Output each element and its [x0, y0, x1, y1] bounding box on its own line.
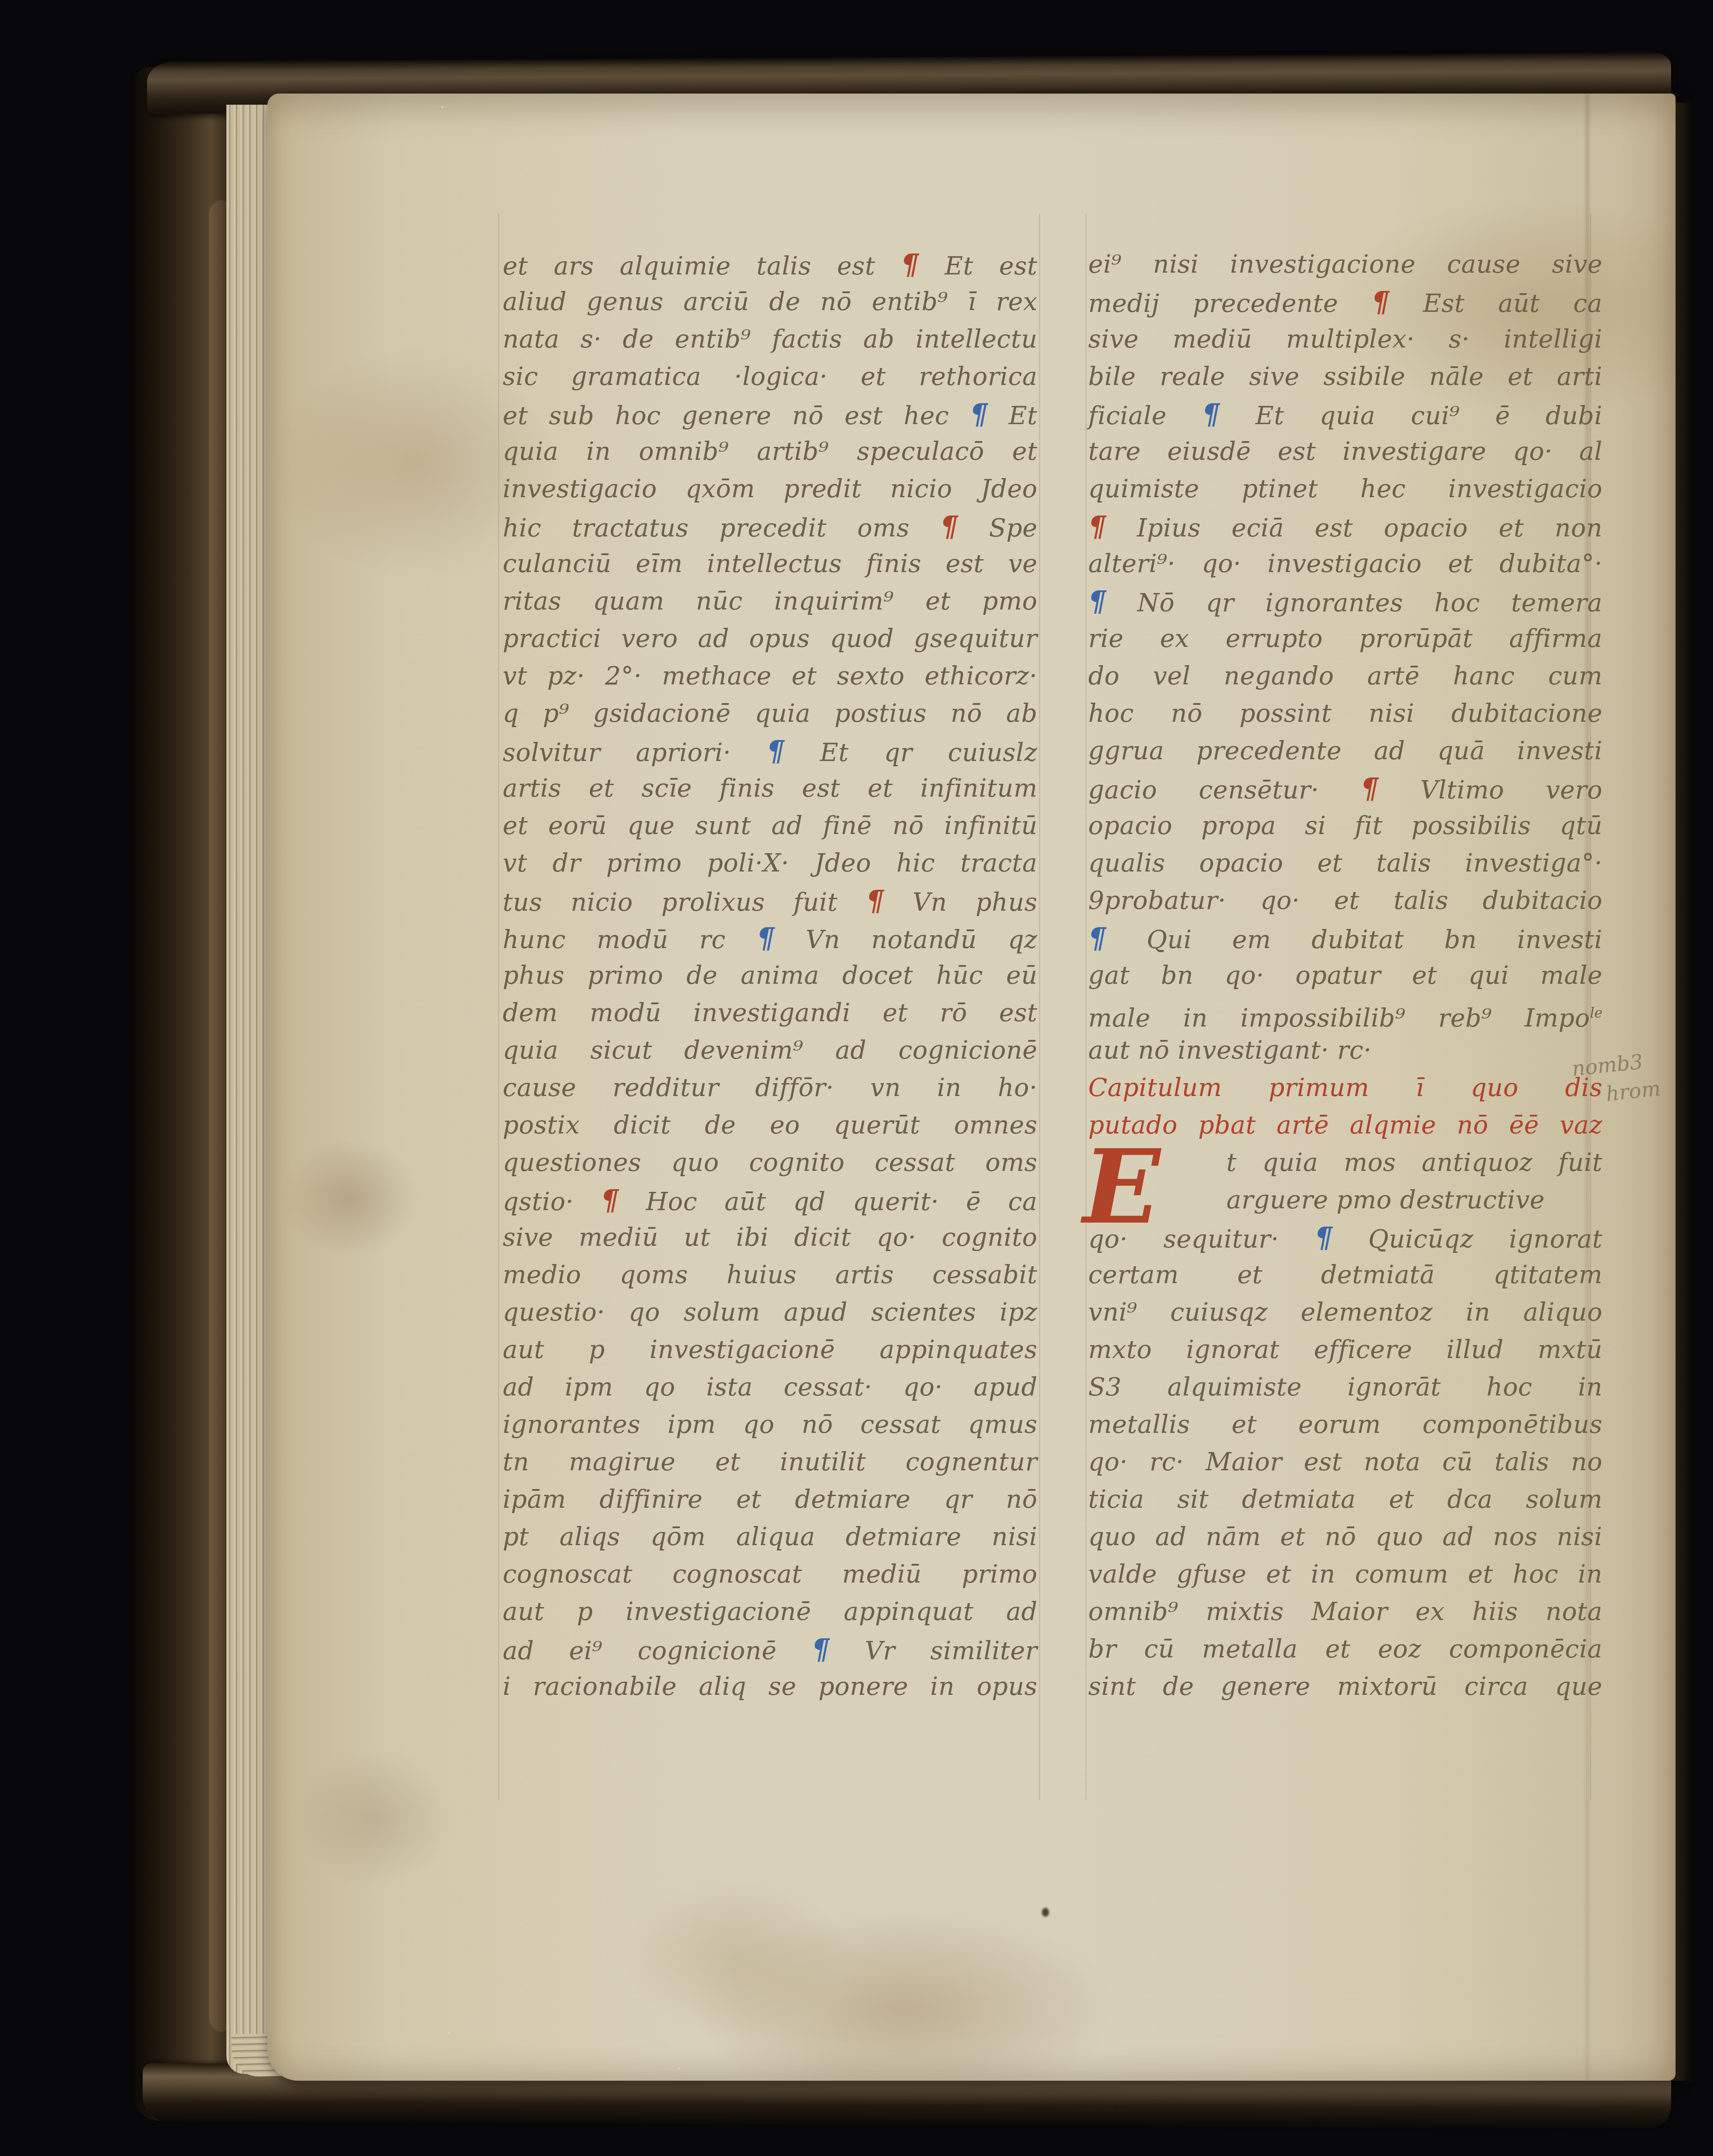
text-line: quimiste ptinet hec investigacio	[1088, 470, 1602, 508]
text-line: phus primo de anima docet hūc eū	[503, 957, 1037, 994]
pilcrow-mark: ¶	[901, 248, 919, 281]
text-segment: solvitur apriori·	[503, 738, 766, 767]
text-line: solvitur apriori· ¶ Et qr cuiuslz	[503, 732, 1037, 770]
text-line: sive mediū ut ibi dicit qo· cognito	[503, 1219, 1037, 1256]
pilcrow-mark: ¶	[970, 398, 988, 431]
text-line-wrap: mxto ignorat efficere illud mxtū	[1088, 1331, 1602, 1369]
text-line: ticia sit detmiata et dca solum	[1088, 1481, 1602, 1518]
text-line: quo ad nām et nō quo ad nos nisi	[1088, 1518, 1602, 1556]
text-segment: ad ipm qo ista cessat· qo· apud	[503, 1373, 1037, 1402]
text-line: omnib⁹ mixtis Maior ex hiis nota	[1088, 1593, 1602, 1631]
text-segment: quo ad nām et nō quo ad nos nisi	[1088, 1522, 1602, 1551]
text-segment: omnib⁹ mixtis Maior ex hiis nota	[1088, 1597, 1602, 1626]
text-segment: medij precedente	[1088, 289, 1372, 318]
text-column-left: et ars alquimie talis est ¶ Et estaliud …	[503, 246, 1037, 1706]
text-segment: tare eiusdē est investigare qo· al	[1088, 437, 1602, 466]
text-line: et ars alquimie talis est ¶ Et est	[503, 246, 1037, 283]
text-line-wrap: qstio· ¶ Hoc aūt qd querit· ē ca	[503, 1182, 1037, 1219]
text-segment: ritas quam nūc inquirim⁹ et pmo	[503, 587, 1037, 616]
text-segment: valde gfuse et in comum et hoc in	[1088, 1560, 1602, 1589]
text-line: tus nicio prolixus fuit ¶ Vn phus	[503, 882, 1037, 920]
text-line: medij precedente ¶ Est aūt ca	[1088, 283, 1602, 321]
text-line: ad ei⁹ cognicionē ¶ Vr similiter	[503, 1631, 1037, 1668]
text-line-wrap: tare eiusdē est investigare qo· al	[1088, 433, 1602, 470]
text-line-wrap: Capitulum primum ī quo dis	[1088, 1069, 1602, 1107]
pilcrow-mark: ¶	[866, 884, 884, 917]
text-segment: tn magirue et inutilit cognentur	[503, 1448, 1037, 1477]
text-line: qo· sequitur· ¶ Quicūqz ignorat	[1088, 1219, 1602, 1256]
text-segment: gat bn qo· opatur et qui male	[1088, 961, 1602, 990]
text-line-wrap: sint de genere mixtorū circa que	[1088, 1668, 1602, 1706]
chapter-rubric-line: Capitulum primum ī quo dis	[1088, 1069, 1602, 1107]
text-line-wrap: vt dr primo poli·X· Jdeo hic tracta	[503, 845, 1037, 882]
text-segment: S3 alquimiste ignorāt hoc in	[1088, 1373, 1602, 1402]
text-line-wrap: hunc modū rc ¶ Vn notandū qz	[503, 920, 1037, 957]
text-line-wrap: alteri⁹· qo· investigacio et dubita°·	[1088, 545, 1602, 583]
text-line: tare eiusdē est investigare qo· al	[1088, 433, 1602, 470]
ink-blot	[1042, 1908, 1049, 1917]
text-segment: br cū metalla et eoz componēcia	[1088, 1635, 1602, 1664]
text-line: aut p investigacionē appinquat ad	[503, 1593, 1037, 1631]
column-ruling-line	[498, 214, 499, 1800]
text-line-wrap: ficiale ¶ Et quia cui⁹ ē dubi	[1088, 396, 1602, 433]
text-line-wrap: vt pz· 2°· methace et sexto ethicorz·	[503, 658, 1037, 695]
text-line: sint de genere mixtorū circa que	[1088, 1668, 1602, 1706]
text-line: cognoscat cognoscat mediū primo	[503, 1556, 1037, 1593]
text-segment: vt pz· 2°· methace et sexto ethicorz·	[503, 662, 1037, 691]
pilcrow-mark: ¶	[940, 510, 958, 543]
text-line-wrap: do vel negando artē hanc cum	[1088, 658, 1602, 695]
text-line-wrap: et eorū que sunt ad finē nō infinitū	[503, 807, 1037, 845]
text-line-wrap: culanciū eīm intellectus finis est ve	[503, 545, 1037, 583]
text-line: ficiale ¶ Et quia cui⁹ ē dubi	[1088, 396, 1602, 433]
text-line-wrap: et ars alquimie talis est ¶ Et est	[503, 246, 1037, 283]
text-line: qualis opacio et talis investiga°·	[1088, 845, 1602, 882]
text-segment: metallis et eorum componētibus	[1088, 1410, 1602, 1439]
text-line-wrap: tn magirue et inutilit cognentur	[503, 1444, 1037, 1481]
text-line: ei⁹ nisi investigacione cause sive	[1088, 246, 1602, 283]
text-segment: Vn notandū qz	[775, 925, 1037, 954]
text-segment: Et qr cuiuslz	[785, 738, 1037, 767]
pilcrow-mark: ¶	[1361, 772, 1378, 805]
text-line-wrap: postix dicit de eo querūt omnes	[503, 1107, 1037, 1144]
text-line-wrap: metallis et eorum componētibus	[1088, 1406, 1602, 1444]
text-line-wrap: quo ad nām et nō quo ad nos nisi	[1088, 1518, 1602, 1556]
text-line: vt dr primo poli·X· Jdeo hic tracta	[503, 845, 1037, 882]
text-line-wrap: omnib⁹ mixtis Maior ex hiis nota	[1088, 1593, 1602, 1631]
text-line: cause redditur diffōr· vn in ho·	[503, 1069, 1037, 1107]
text-line-wrap: medij precedente ¶ Est aūt ca	[1088, 283, 1602, 321]
text-segment: Nō qr ignorantes hoc temera	[1106, 589, 1602, 618]
text-line: aut p investigacionē appinquates	[503, 1331, 1037, 1369]
text-segment: sic gramatica ·logica· et rethorica	[503, 362, 1037, 391]
text-segment: postix dicit de eo querūt omnes	[503, 1111, 1037, 1140]
photo-of-manuscript: { "colors": { "background": "#08080a", "…	[0, 0, 1713, 2156]
column-ruling-line	[1086, 214, 1086, 1800]
text-line-wrap: practici vero ad opus quod gsequitur	[503, 620, 1037, 658]
text-line: questiones quo cognito cessat oms	[503, 1144, 1037, 1182]
text-segment: ipām diffinire et detmiare qr nō	[503, 1485, 1037, 1514]
text-line: sic gramatica ·logica· et rethorica	[503, 358, 1037, 396]
leather-binding-left-edge	[133, 67, 233, 2121]
pilcrow-mark: ¶	[757, 922, 775, 955]
text-line: bile reale sive ssibile nāle et arti	[1088, 358, 1602, 396]
text-line-wrap: ¶ Ipius eciā est opacio et non	[1088, 508, 1602, 545]
text-line-wrap: tus nicio prolixus fuit ¶ Vn phus	[503, 882, 1037, 920]
text-line: ¶ Ipius eciā est opacio et non	[1088, 508, 1602, 545]
text-line: dem modū investigandi et rō est	[503, 994, 1037, 1032]
text-segment: et ars alquimie talis est	[503, 252, 901, 281]
text-segment: Et quia cui⁹ ē dubi	[1220, 401, 1602, 430]
text-segment: bile reale sive ssibile nāle et arti	[1088, 362, 1602, 391]
text-line: et sub hoc genere nō est hec ¶ Et	[503, 396, 1037, 433]
text-line: culanciū eīm intellectus finis est ve	[503, 545, 1037, 583]
text-segment: t quia mos antiquoz fuit	[1226, 1148, 1602, 1177]
text-line: ritas quam nūc inquirim⁹ et pmo	[503, 583, 1037, 620]
text-segment: arguere pmo destructive	[1226, 1186, 1545, 1215]
text-line: aliud genus arciū de nō entib⁹ ī rex	[503, 283, 1037, 321]
text-line-wrap: rie ex errupto prorūpāt affirma	[1088, 620, 1602, 658]
text-line-wrap: artis et scīe finis est et infinitum	[503, 770, 1037, 807]
text-segment: Capitulum primum ī quo dis	[1088, 1073, 1602, 1102]
text-line: investigacio qxōm predit nicio Jdeo	[503, 470, 1037, 508]
text-line: quia in omnib⁹ artib⁹ speculacō et	[503, 433, 1037, 470]
text-segment: pt aliqs qōm aliqua detmiare nisi	[503, 1522, 1037, 1551]
text-segment: qo· sequitur·	[1088, 1225, 1315, 1254]
text-segment: phus primo de anima docet hūc eū	[503, 961, 1037, 990]
text-line: t quia mos antiquoz fuit	[1088, 1144, 1602, 1182]
text-segment: Ipius eciā est opacio et non	[1106, 514, 1602, 543]
text-segment: Vltimo vero	[1379, 776, 1602, 805]
text-line: gacio censētur· ¶ Vltimo vero	[1088, 770, 1602, 807]
text-segment: cognoscat cognoscat mediū primo	[503, 1560, 1037, 1589]
text-segment: gacio censētur·	[1088, 776, 1361, 805]
text-segment: ignorantes ipm qo nō cessat qmus	[503, 1410, 1037, 1439]
text-line-wrap: ggrua precedente ad quā investi	[1088, 732, 1602, 770]
pilcrow-mark: ¶	[766, 735, 784, 768]
text-segment: mxto ignorat efficere illud mxtū	[1088, 1335, 1602, 1364]
text-line-wrap: certam et detmiatā qtitatem	[1088, 1256, 1602, 1294]
text-line-wrap: dem modū investigandi et rō est	[503, 994, 1037, 1032]
text-line-wrap: 9probatur· qo· et talis dubitacio	[1088, 882, 1602, 920]
text-line-wrap: ¶ Nō qr ignorantes hoc temera	[1088, 583, 1602, 620]
text-segment: male in impossibilib⁹ reb⁹ Impo	[1088, 1004, 1590, 1033]
pilcrow-mark: ¶	[812, 1633, 830, 1666]
text-line: 9probatur· qo· et talis dubitacio	[1088, 882, 1602, 920]
text-segment: do vel negando artē hanc cum	[1088, 662, 1602, 691]
text-segment: alteri⁹· qo· investigacio et dubita°·	[1088, 549, 1602, 578]
text-segment: quia sicut devenim⁹ ad cognicionē	[503, 1036, 1037, 1065]
text-line-wrap: putado pbat artē alqmie nō ēē vaz	[1088, 1107, 1602, 1144]
text-segment: culanciū eīm intellectus finis est ve	[503, 549, 1037, 578]
text-line-wrap: ei⁹ nisi investigacione cause sive	[1088, 246, 1602, 283]
text-line: ipām diffinire et detmiare qr nō	[503, 1481, 1037, 1518]
text-line: ggrua precedente ad quā investi	[1088, 732, 1602, 770]
text-line-wrap: aliud genus arciū de nō entib⁹ ī rex	[503, 283, 1037, 321]
text-segment: practici vero ad opus quod gsequitur	[503, 624, 1037, 653]
text-line: tn magirue et inutilit cognentur	[503, 1444, 1037, 1481]
text-line-wrap: phus primo de anima docet hūc eū	[503, 957, 1037, 994]
dust-speck	[441, 106, 443, 108]
text-line-wrap: investigacio qxōm predit nicio Jdeo	[503, 470, 1037, 508]
text-segment: Qui em dubitat bn investi	[1106, 925, 1602, 954]
pilcrow-mark: ¶	[1088, 510, 1106, 543]
text-segment: ggrua precedente ad quā investi	[1088, 736, 1602, 765]
text-line: nata s· de entib⁹ factis ab intellectu	[503, 321, 1037, 358]
chapter-rubric-line: putado pbat artē alqmie nō ēē vaz	[1088, 1107, 1602, 1144]
text-segment: questiones quo cognito cessat oms	[503, 1148, 1037, 1177]
text-segment: aut nō investigant· rc·	[1088, 1036, 1372, 1065]
text-segment: Est aūt ca	[1389, 289, 1602, 318]
text-line: gat bn qo· opatur et qui male	[1088, 957, 1602, 994]
text-line: hic tractatus precedit oms ¶ Spe	[503, 508, 1037, 545]
text-line-wrap: opacio propa si fit possibilis qtū	[1088, 807, 1602, 845]
text-segment: questio· qo solum apud scientes ipz	[503, 1298, 1037, 1327]
text-segment: Hoc aūt qd querit· ē ca	[619, 1187, 1037, 1216]
text-line: i racionabile aliq se ponere in opus	[503, 1668, 1037, 1706]
text-segment: putado pbat artē alqmie nō ēē vaz	[1088, 1111, 1602, 1140]
text-segment: hunc modū rc	[503, 925, 757, 954]
text-segment: dem modū investigandi et rō est	[503, 998, 1037, 1027]
text-line-wrap: questiones quo cognito cessat oms	[503, 1144, 1037, 1182]
text-line-wrap: bile reale sive ssibile nāle et arti	[1088, 358, 1602, 396]
pilcrow-mark: ¶	[1088, 922, 1106, 955]
text-line-wrap: cause redditur diffōr· vn in ho·	[503, 1069, 1037, 1107]
text-line-wrap: i racionabile aliq se ponere in opus	[503, 1668, 1037, 1706]
text-segment: quimiste ptinet hec investigacio	[1088, 475, 1602, 503]
text-segment: q p⁹ gsidacionē quia postius nō ab	[503, 699, 1037, 728]
text-line: q p⁹ gsidacionē quia postius nō ab	[503, 695, 1037, 732]
text-line-wrap: sic gramatica ·logica· et rethorica	[503, 358, 1037, 396]
pilcrow-mark: ¶	[1088, 585, 1106, 618]
text-segment: ei⁹ nisi investigacione cause sive	[1088, 250, 1602, 279]
pilcrow-mark: ¶	[1202, 398, 1220, 431]
text-line-wrap: male in impossibilib⁹ reb⁹ Impole	[1088, 994, 1602, 1032]
text-line-wrap: ritas quam nūc inquirim⁹ et pmo	[503, 583, 1037, 620]
text-line-wrap: Et quia mos antiquoz fuit	[1088, 1144, 1602, 1182]
text-line: qo· rc· Maior est nota cū talis no	[1088, 1444, 1602, 1481]
text-segment: i racionabile aliq se ponere in opus	[503, 1672, 1037, 1701]
text-line-wrap: hoc nō possint nisi dubitacione	[1088, 695, 1602, 732]
text-line-wrap: qualis opacio et talis investiga°·	[1088, 845, 1602, 882]
text-segment: aut p investigacionē appinquat ad	[503, 1597, 1037, 1626]
text-line-wrap: cognoscat cognoscat mediū primo	[503, 1556, 1037, 1593]
text-line-wrap: aut p investigacionē appinquat ad	[503, 1593, 1037, 1631]
dust-speck	[677, 2067, 680, 2070]
text-line-wrap: ad ei⁹ cognicionē ¶ Vr similiter	[503, 1631, 1037, 1668]
text-line: hunc modū rc ¶ Vn notandū qz	[503, 920, 1037, 957]
text-line: et eorū que sunt ad finē nō infinitū	[503, 807, 1037, 845]
text-line: valde gfuse et in comum et hoc in	[1088, 1556, 1602, 1593]
text-line-wrap: sive mediū ut ibi dicit qo· cognito	[503, 1219, 1037, 1256]
text-line-wrap: br cū metalla et eoz componēcia	[1088, 1631, 1602, 1668]
text-line: aut nō investigant· rc·	[1088, 1032, 1602, 1069]
text-segment: Spe	[958, 514, 1037, 543]
text-line: vt pz· 2°· methace et sexto ethicorz·	[503, 658, 1037, 695]
text-line: questio· qo solum apud scientes ipz	[503, 1294, 1037, 1331]
text-segment: artis et scīe finis est et infinitum	[503, 774, 1037, 803]
text-line: practici vero ad opus quod gsequitur	[503, 620, 1037, 658]
text-line-wrap: quimiste ptinet hec investigacio	[1088, 470, 1602, 508]
text-line-wrap: gat bn qo· opatur et qui male	[1088, 957, 1602, 994]
column-ruling-line	[1039, 214, 1040, 1800]
text-line: qstio· ¶ Hoc aūt qd querit· ē ca	[503, 1182, 1037, 1219]
text-line-wrap: arguere pmo destructive	[1088, 1182, 1602, 1219]
text-segment: aut p investigacionē appinquates	[503, 1335, 1037, 1364]
text-line: sive mediū multiplex· s· intelligi	[1088, 321, 1602, 358]
text-line: vni⁹ cuiusqz elementoz in aliquo	[1088, 1294, 1602, 1331]
text-segment: 9probatur· qo· et talis dubitacio	[1088, 886, 1602, 915]
text-segment: certam et detmiatā qtitatem	[1088, 1260, 1602, 1289]
text-line-wrap: hic tractatus precedit oms ¶ Spe	[503, 508, 1037, 545]
text-segment: Et est	[919, 252, 1037, 281]
text-line-wrap: qo· sequitur· ¶ Quicūqz ignorat	[1088, 1219, 1602, 1256]
pilcrow-mark: ¶	[1315, 1221, 1332, 1254]
manuscript-page: et ars alquimie talis est ¶ Et estaliud …	[267, 94, 1676, 2081]
text-line-wrap: q p⁹ gsidacionē quia postius nō ab	[503, 695, 1037, 732]
text-line: ¶ Qui em dubitat bn investi	[1088, 920, 1602, 957]
text-line: br cū metalla et eoz componēcia	[1088, 1631, 1602, 1668]
text-segment: qo· rc· Maior est nota cū talis no	[1088, 1448, 1602, 1477]
text-line-wrap: quia sicut devenim⁹ ad cognicionē	[503, 1032, 1037, 1069]
text-line-wrap: medio qoms huius artis cessabit	[503, 1256, 1037, 1294]
text-line-wrap: et sub hoc genere nō est hec ¶ Et	[503, 396, 1037, 433]
text-line-wrap: valde gfuse et in comum et hoc in	[1088, 1556, 1602, 1593]
pilcrow-mark: ¶	[1372, 286, 1389, 319]
text-line-wrap: ¶ Qui em dubitat bn investi	[1088, 920, 1602, 957]
text-segment: nata s· de entib⁹ factis ab intellectu	[503, 325, 1037, 354]
text-segment: vt dr primo poli·X· Jdeo hic tracta	[503, 849, 1037, 878]
text-segment: et eorū que sunt ad finē nō infinitū	[503, 811, 1037, 840]
text-line-wrap: pt aliqs qōm aliqua detmiare nisi	[503, 1518, 1037, 1556]
text-line: artis et scīe finis est et infinitum	[503, 770, 1037, 807]
text-line-wrap: ticia sit detmiata et dca solum	[1088, 1481, 1602, 1518]
text-line-wrap: S3 alquimiste ignorāt hoc in	[1088, 1369, 1602, 1406]
text-line-wrap: aut nō investigant· rc·	[1088, 1032, 1602, 1069]
text-segment: aliud genus arciū de nō entib⁹ ī rex	[503, 287, 1037, 316]
text-segment: sive mediū ut ibi dicit qo· cognito	[503, 1223, 1037, 1252]
dust-speck	[448, 2032, 450, 2034]
text-segment: hoc nō possint nisi dubitacione	[1088, 699, 1602, 728]
text-line-wrap: ignorantes ipm qo nō cessat qmus	[503, 1406, 1037, 1444]
text-segment: hic tractatus precedit oms	[503, 514, 940, 543]
text-line-wrap: vni⁹ cuiusqz elementoz in aliquo	[1088, 1294, 1602, 1331]
text-segment: qualis opacio et talis investiga°·	[1088, 849, 1602, 878]
text-line: arguere pmo destructive	[1088, 1182, 1602, 1219]
text-line-wrap: ipām diffinire et detmiare qr nō	[503, 1481, 1037, 1518]
text-line: S3 alquimiste ignorāt hoc in	[1088, 1369, 1602, 1406]
text-line: ignorantes ipm qo nō cessat qmus	[503, 1406, 1037, 1444]
text-segment: qstio·	[503, 1187, 601, 1216]
text-segment: sive mediū multiplex· s· intelligi	[1088, 325, 1602, 354]
text-line-wrap: nata s· de entib⁹ factis ab intellectu	[503, 321, 1037, 358]
text-segment: opacio propa si fit possibilis qtū	[1088, 811, 1602, 840]
text-column-right: ei⁹ nisi investigacione cause sivemedij …	[1088, 246, 1602, 1706]
text-segment: Quicūqz ignorat	[1332, 1225, 1602, 1254]
text-line-wrap: quia in omnib⁹ artib⁹ speculacō et	[503, 433, 1037, 470]
text-line: mxto ignorat efficere illud mxtū	[1088, 1331, 1602, 1369]
text-line: postix dicit de eo querūt omnes	[503, 1107, 1037, 1144]
text-line: opacio propa si fit possibilis qtū	[1088, 807, 1602, 845]
text-line-wrap: ad ipm qo ista cessat· qo· apud	[503, 1369, 1037, 1406]
text-line-wrap: questio· qo solum apud scientes ipz	[503, 1294, 1037, 1331]
text-segment: et sub hoc genere nō est hec	[503, 401, 970, 430]
text-segment: le	[1590, 1005, 1602, 1021]
text-segment: Vr similiter	[830, 1636, 1037, 1665]
text-segment: rie ex errupto prorūpāt affirma	[1088, 624, 1602, 653]
text-segment: ficiale	[1088, 401, 1202, 430]
text-segment: Vn phus	[884, 888, 1037, 917]
text-segment: vni⁹ cuiusqz elementoz in aliquo	[1088, 1298, 1602, 1327]
text-line: certam et detmiatā qtitatem	[1088, 1256, 1602, 1294]
text-line: alteri⁹· qo· investigacio et dubita°·	[1088, 545, 1602, 583]
text-line: quia sicut devenim⁹ ad cognicionē	[503, 1032, 1037, 1069]
text-line: rie ex errupto prorūpāt affirma	[1088, 620, 1602, 658]
text-segment: sint de genere mixtorū circa que	[1088, 1672, 1602, 1701]
pilcrow-mark: ¶	[601, 1184, 619, 1217]
text-segment: ticia sit detmiata et dca solum	[1088, 1485, 1602, 1514]
text-line: ¶ Nō qr ignorantes hoc temera	[1088, 583, 1602, 620]
text-line-wrap: solvitur apriori· ¶ Et qr cuiuslz	[503, 732, 1037, 770]
text-segment: ad ei⁹ cognicionē	[503, 1636, 812, 1665]
text-segment: investigacio qxōm predit nicio Jdeo	[503, 475, 1037, 503]
text-line: ad ipm qo ista cessat· qo· apud	[503, 1369, 1037, 1406]
text-line: pt aliqs qōm aliqua detmiare nisi	[503, 1518, 1037, 1556]
text-line: hoc nō possint nisi dubitacione	[1088, 695, 1602, 732]
text-segment: Et	[988, 401, 1037, 430]
text-line: medio qoms huius artis cessabit	[503, 1256, 1037, 1294]
text-line-wrap: sive mediū multiplex· s· intelligi	[1088, 321, 1602, 358]
text-segment: tus nicio prolixus fuit	[503, 888, 866, 917]
text-line: metallis et eorum componētibus	[1088, 1406, 1602, 1444]
text-segment: medio qoms huius artis cessabit	[503, 1260, 1037, 1289]
text-line-wrap: gacio censētur· ¶ Vltimo vero	[1088, 770, 1602, 807]
text-line-wrap: qo· rc· Maior est nota cū talis no	[1088, 1444, 1602, 1481]
text-line: do vel negando artē hanc cum	[1088, 658, 1602, 695]
text-line: male in impossibilib⁹ reb⁹ Impole	[1088, 994, 1602, 1032]
text-line-wrap: aut p investigacionē appinquates	[503, 1331, 1037, 1369]
text-segment: cause redditur diffōr· vn in ho·	[503, 1073, 1037, 1102]
text-segment: quia in omnib⁹ artib⁹ speculacō et	[503, 437, 1037, 466]
